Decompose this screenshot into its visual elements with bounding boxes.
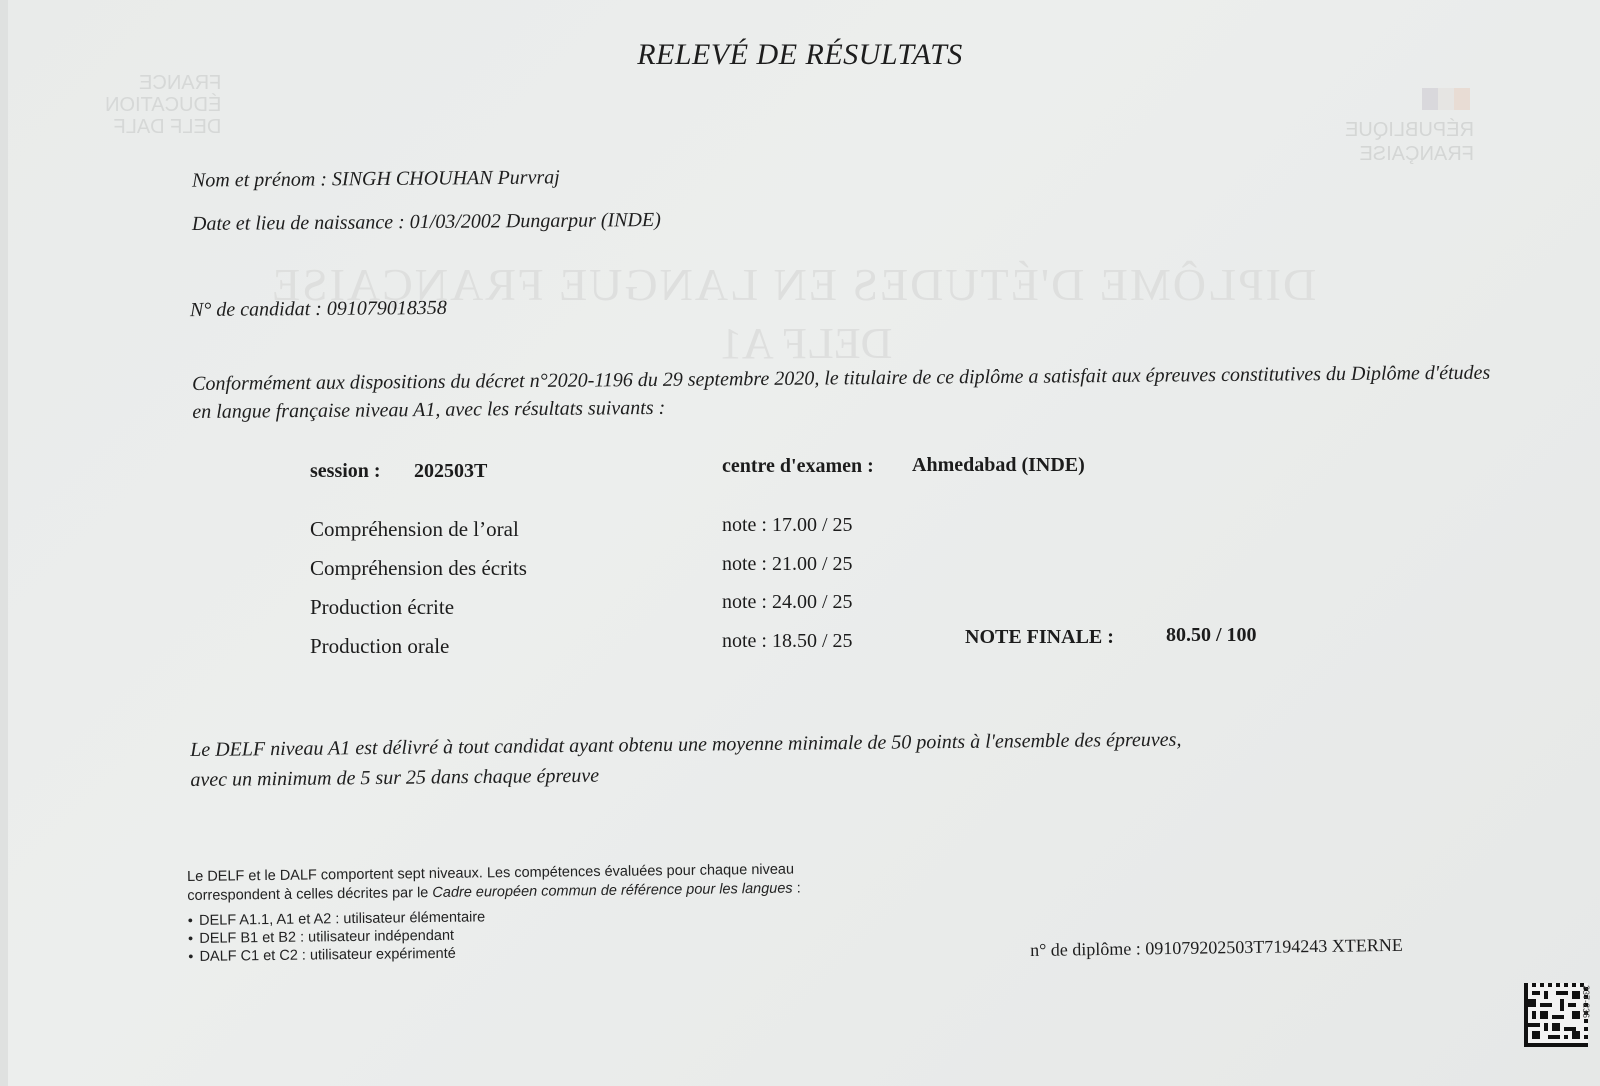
result-subject-3: Production orale [310,634,449,659]
page-title: RELEVÉ DE RÉSULTATS [0,38,1600,72]
candidate-number-value: 091079018358 [327,297,447,320]
final-score-label: NOTE FINALE : [965,626,1114,649]
show-through-subheadline: DELF A1 [720,318,892,369]
result-subject-2: Production écrite [310,595,454,620]
results-transcript-page: DIPLÔME D'ÉTUDES EN LANGUE FRANÇAISE DEL… [0,0,1600,1086]
candidate-number: N° de candidat : 091079018358 [190,297,447,322]
result-note-3: note : 18.50 / 25 [722,630,853,653]
birth-label: Date et lieu de naissance : [192,211,410,235]
session-value: 202503T [414,460,487,483]
result-note-2: note : 24.00 / 25 [722,591,853,614]
paper-edge [0,0,8,1086]
pass-rule-paragraph: Le DELF niveau A1 est délivré à tout can… [190,722,1391,795]
datamatrix-code-icon [1524,983,1588,1047]
levels-footnote: Le DELF et le DALF comportent sept nivea… [187,861,802,966]
candidate-name-value: SINGH CHOUHAN Purvraj [332,166,560,190]
diploma-number: n° de diplôme : 091079202503T7194243 XTE… [1030,935,1403,961]
candidate-birth: Date et lieu de naissance : 01/03/2002 D… [192,209,661,236]
diploma-number-label: n° de diplôme : [1030,938,1145,960]
exam-centre-label: centre d'examen : [722,455,874,478]
show-through-logo-left: FRANCE ÉDUCATION DELF DALF [105,72,221,138]
result-note-1: note : 21.00 / 25 [722,553,853,576]
show-through-logo-right: RÉPUBLIQUE FRANÇAISE [1345,118,1474,166]
birth-value: 01/03/2002 Dungarpur (INDE) [410,209,661,233]
result-subject-1: Compréhension des écrits [310,556,527,581]
result-subject-0: Compréhension de l’oral [310,517,519,542]
session-label: session : [310,460,381,483]
candidate-number-label: N° de candidat : [190,298,327,321]
exam-centre-value: Ahmedabad (INDE) [912,454,1085,477]
decree-paragraph: Conformément aux dispositions du décret … [192,358,1512,426]
levels-list: DELF A1.1, A1 et A2 : utilisateur élémen… [188,905,802,966]
candidate-name-label: Nom et prénom : [192,168,332,191]
diploma-number-value: 091079202503T7194243 XTERNE [1145,935,1403,959]
show-through-flag-icon [1422,88,1470,110]
result-note-0: note : 17.00 / 25 [722,514,853,537]
candidate-name: Nom et prénom : SINGH CHOUHAN Purvraj [192,166,560,192]
datamatrix-side-code: 237-236 [1581,985,1591,1018]
final-score-value: 80.50 / 100 [1166,624,1257,647]
